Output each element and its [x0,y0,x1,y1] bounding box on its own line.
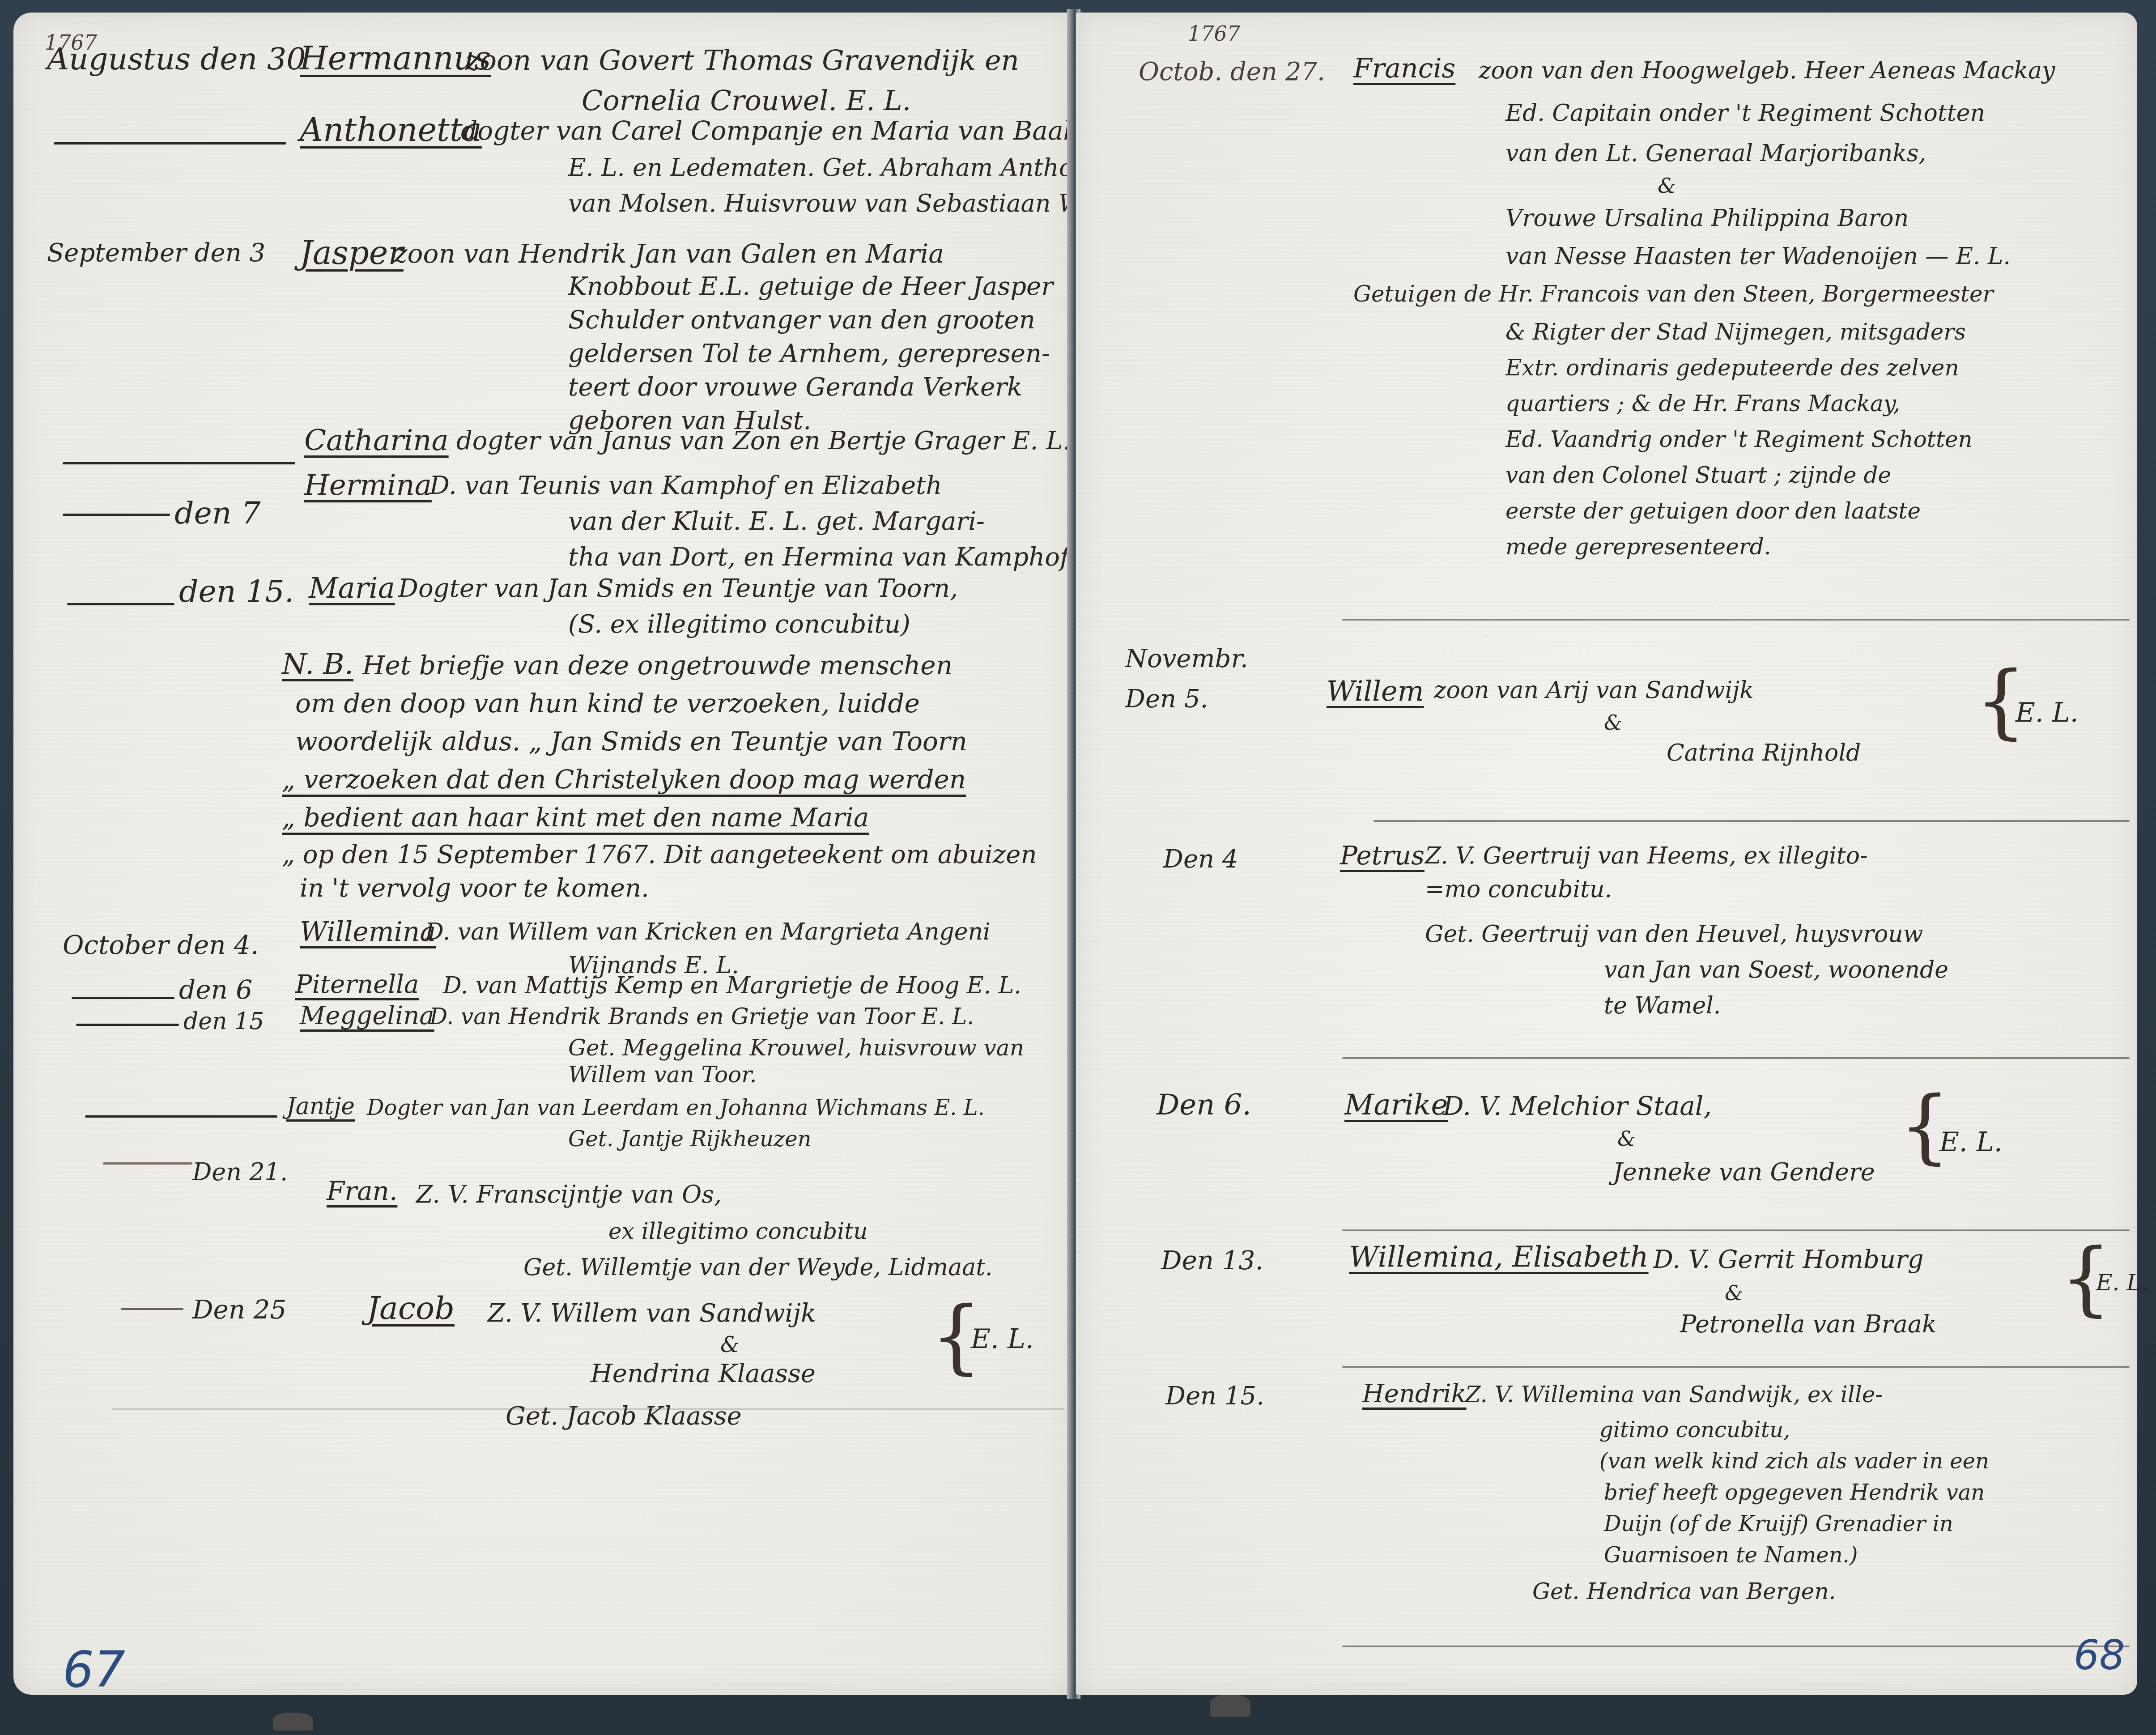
left-page: 1767 Augustus den 30 Hermannus zoon van … [13,13,1072,1695]
entry-separator [1342,1366,2130,1368]
entry-date: den 6 [179,974,252,1005]
entry-separator [1374,820,2130,822]
paper-damage [273,1713,313,1731]
entry-date: September den 3 [47,238,265,268]
entry-name: Hermina [304,469,432,502]
entry-line: Z. V. Willemina van Sandwijk, ex ille- [1465,1382,1883,1408]
entry-line: Cornelia Crouwel. E. L. [582,84,911,117]
entry-line: & [720,1332,740,1357]
entry-line: zoon van den Hoogwelgeb. Heer Aeneas Mac… [1479,57,2055,84]
folio-number: 67 [63,1641,125,1698]
entry-line: dogter van Janus van Zon en Bertje Grage… [456,426,1071,455]
entry-line: van Nesse Haasten ter Wadenoijen — E. L. [1505,243,2011,270]
entry-date: October den 4. [63,930,259,960]
nb-label: N. B. [282,648,353,681]
entry-line: Ed. Capitain onder 't Regiment Schotten [1505,100,1985,127]
entry-line: D. van Teunis van Kamphof en Elizabeth [429,471,942,500]
entry-line: Get. Jantje Rijkheuzen [568,1127,811,1152]
entry-line: Dogter van Jan van Leerdam en Johanna Wi… [367,1095,985,1120]
entry-line: zoon van Arij van Sandwijk [1434,677,1754,704]
entry-line: =mo concubitu. [1425,876,1612,903]
entry-line: zoon van Govert Thomas Gravendijk en [465,44,1019,77]
entry-line: Vrouwe Ursalina Philippina Baron [1505,205,1909,232]
entry-name: Petrus [1340,840,1425,871]
entry-line: ex illegitimo concubitu [608,1218,868,1244]
ditto-dash [76,1024,179,1026]
entry-line: gitimo concubitu, [1599,1417,1790,1442]
entry-line: Willem van Toor. [568,1062,757,1088]
entry-line: & [1617,1127,1636,1151]
right-page: 1767 Octob. den 27. Francis zoon van den… [1076,13,2137,1695]
entry-line: geldersen Tol te Arnhem, gerepresen- [568,339,1050,368]
entry-line: & [1604,710,1622,735]
entry-line: D. van Willem van Kricken en Margrieta A… [425,919,991,945]
entry-line: (van welk kind zich als vader in een [1599,1449,1989,1474]
entry-name: Marike [1344,1089,1448,1122]
entry-line: Z. V. Geertruij van Heems, ex illegito- [1425,842,1868,869]
entry-name: Francis [1353,53,1455,84]
entry-annotation: E. L. [1939,1127,2003,1158]
ditto-dash [63,514,170,516]
entry-annotation: E. L. [2016,697,2079,728]
entry-line: Get. Jacob Klaasse [506,1402,742,1431]
ditto-dash [63,462,295,464]
entry-date: Den 4 [1163,845,1238,874]
entry-name: Fran. [327,1176,397,1206]
ditto-dash [121,1308,183,1310]
entry-line: Guarnisoen te Namen.) [1604,1543,1858,1568]
entry-line: & [1658,174,1676,198]
entry-line: van den Lt. Generaal Marjoribanks, [1505,140,1926,167]
entry-line: Get. Geertruij van den Heuvel, huysvrouw [1425,921,1923,948]
note-line: „ verzoeken dat den Christelyken doop ma… [282,764,966,795]
entry-name: Hermannus [300,39,491,77]
entry-line: Extr. ordinaris gedeputeerde des zelven [1505,355,1959,381]
entry-date: Den 13. [1161,1245,1263,1276]
entry-line: Knobbout E.L. getuige de Heer Jasper [568,272,1053,301]
entry-name: Anthonetta [300,111,482,149]
entry-line: teert door vrouwe Geranda Verkerk [568,373,1022,402]
ditto-dash [72,997,174,999]
entry-name: Willemina, Elisabeth [1349,1241,1649,1274]
paper-damage [1210,1695,1250,1717]
entry-line: Duijn (of de Kruijf) Grenadier in [1604,1511,1953,1536]
entry-line: Hendrina Klaasse [591,1359,816,1388]
entry-line: D. van Hendrik Brands en Grietje van Too… [429,1004,974,1029]
entry-line: eerste der getuigen door den laatste [1505,498,1921,524]
entry-line: Schulder ontvanger van den grooten [568,306,1035,335]
entry-line: D. V. Gerrit Homburg [1653,1245,1924,1274]
ditto-dash [85,1115,277,1118]
entry-separator [1342,1229,2130,1231]
entry-name: Jasper [300,234,404,272]
entry-separator [1342,1646,2130,1647]
entry-line: & Rigter der Stad Nijmegen, mitsgaders [1505,319,1966,345]
entry-line: quartiers ; & de Hr. Frans Mackay, [1505,391,1900,417]
entry-line: te Wamel. [1604,992,1721,1019]
entry-line: Petronella van Braak [1680,1310,1937,1338]
entry-date: Octob. den 27. [1139,57,1325,86]
entry-date: Den 25 [192,1294,286,1325]
entry-date: Novembr. Den 5. [1125,639,1259,719]
ditto-dash [103,1162,192,1165]
entry-line: D. van Mattijs Kemp en Margrietje de Hoo… [443,972,1021,999]
entry-date: den 7 [174,496,260,531]
year-heading: 1767 [1188,21,1240,46]
entry-line: van den Colonel Stuart ; zijnde de [1505,462,1891,488]
entry-line: (S. ex illegitimo concubitu) [568,610,910,639]
entry-annotation: E. L. [2096,1270,2148,1296]
entry-line: D. V. Melchior Staal, [1443,1091,1712,1121]
entry-line: mede gerepresenteerd. [1505,534,1771,560]
entry-name: Catharina [304,424,449,457]
entry-line: E. L. en Ledematen. Get. Abraham Anthone… [568,153,1137,182]
entry-line: & [1725,1281,1743,1305]
entry-line: Z. V. Willem van Sandwijk [488,1299,816,1328]
entry-line: zoon van Hendrik Jan van Galen en Maria [394,238,944,269]
ditto-dash [67,603,174,605]
folio-number: 68 [2074,1632,2125,1679]
entry-line: Ed. Vaandrig onder 't Regiment Schotten [1505,426,1973,452]
entry-date: den 15. [179,574,294,609]
entry-name: Willem [1327,675,1424,707]
entry-separator [1342,619,2130,621]
entry-line: van Jan van Soest, woonende [1604,957,1948,983]
ditto-dash [54,142,286,145]
entry-line: tha van Dort, en Hermina van Kamphof. [568,543,1076,572]
entry-separator [1342,1057,2130,1059]
entry-annotation: E. L. [971,1323,1034,1355]
entry-date: Den 15. [1165,1382,1264,1411]
note-line: in 't vervolg voor te komen. [300,874,649,903]
entry-name: Jantje [286,1093,355,1120]
entry-line: Get. Willemtje van der Weyde, Lidmaat. [523,1254,993,1281]
note-line: Het briefje van deze ongetrouwde mensche… [362,650,953,680]
entry-line: Catrina Rijnhold [1667,740,1861,766]
entry-name: Jacob [367,1290,455,1327]
entry-date: Den 21. [192,1158,288,1186]
entry-line: Dogter van Jan Smids en Teuntje van Toor… [398,574,958,603]
entry-line: Get. Hendrica van Bergen. [1532,1578,1836,1604]
entry-line: van der Kluit. E. L. get. Margari- [568,507,985,536]
entry-date: Augustus den 30 [47,42,306,77]
entry-line: Jenneke van Gendere [1613,1158,1875,1186]
note-line: „ bedient aan haar kint met den name Mar… [282,802,869,833]
entry-date: den 15 [183,1008,264,1035]
entry-line: Get. Meggelina Krouwel, huisvrouw van [568,1035,1024,1061]
note-line: woordelijk aldus. „ Jan Smids en Teuntje… [295,726,967,757]
faint-rule [112,1408,1065,1410]
entry-name: Willemina [300,916,436,948]
entry-name: Meggelina [300,1001,434,1030]
entry-name: Hendrik [1362,1379,1467,1408]
entry-line: Getuigen de Hr. Francois van den Steen, … [1353,281,1994,307]
entry-line: Z. V. Franscijntje van Os, [416,1180,722,1208]
note-line: „ op den 15 September 1767. Dit aangetee… [282,840,1037,869]
entry-date: Den 6. [1157,1089,1251,1122]
entry-line: brief heeft opgegeven Hendrik van [1604,1480,1985,1505]
entry-line: van Molsen. Huisvrouw van Sebastiaan Wei… [568,189,1152,217]
entry-line: dogter van Carel Companje en Maria van B… [461,115,1079,146]
note-line: om den doop van hun kind te verzoeken, l… [295,688,920,719]
entry-name: Maria [309,572,395,605]
entry-name: Piternella [295,970,419,999]
